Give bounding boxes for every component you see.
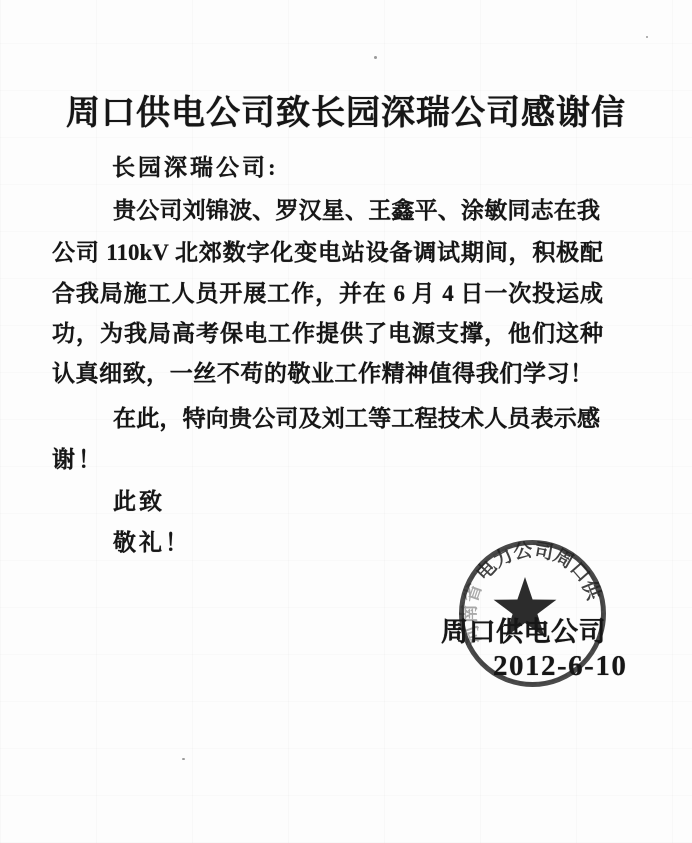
- letter-title: 周口供电公司致长园深瑞公司感谢信: [16, 85, 676, 134]
- scan-speck: [182, 758, 185, 760]
- scanned-letter-page: 周口供电公司致长园深瑞公司感谢信 长园深瑞公司: 贵公司刘锦波、罗汉星、王鑫平、…: [0, 0, 692, 843]
- scan-speck: [374, 56, 377, 59]
- body-line-1: 贵公司刘锦波、罗汉星、王鑫平、涂敏同志在我: [113, 195, 600, 226]
- body-line-4: 功，为我局高考保电工作提供了电源支撑，他们这种: [52, 318, 603, 349]
- signature-company-name: 周口供电公司: [441, 610, 606, 649]
- signature-date: 2012-6-10: [493, 650, 627, 683]
- closing-cizhi-line: 此致: [113, 486, 165, 517]
- body-line-3: 合我局施工人员开展工作，并在 6 月 4 日一次投运成: [52, 278, 603, 309]
- scan-speck: [646, 36, 648, 38]
- closing-jingli-line: 敬礼！: [113, 527, 191, 558]
- body-line-7: 谢！: [52, 444, 104, 475]
- body-line-5: 认真细致，一丝不苟的敬业工作精神值得我们学习！: [52, 358, 593, 389]
- body-line-2: 公司 110kV 北郊数字化变电站设备调试期间，积极配: [52, 237, 603, 268]
- salutation-line: 长园深瑞公司:: [112, 152, 279, 183]
- body-line-6: 在此，特向贵公司及刘工等工程技术人员表示感: [113, 403, 600, 434]
